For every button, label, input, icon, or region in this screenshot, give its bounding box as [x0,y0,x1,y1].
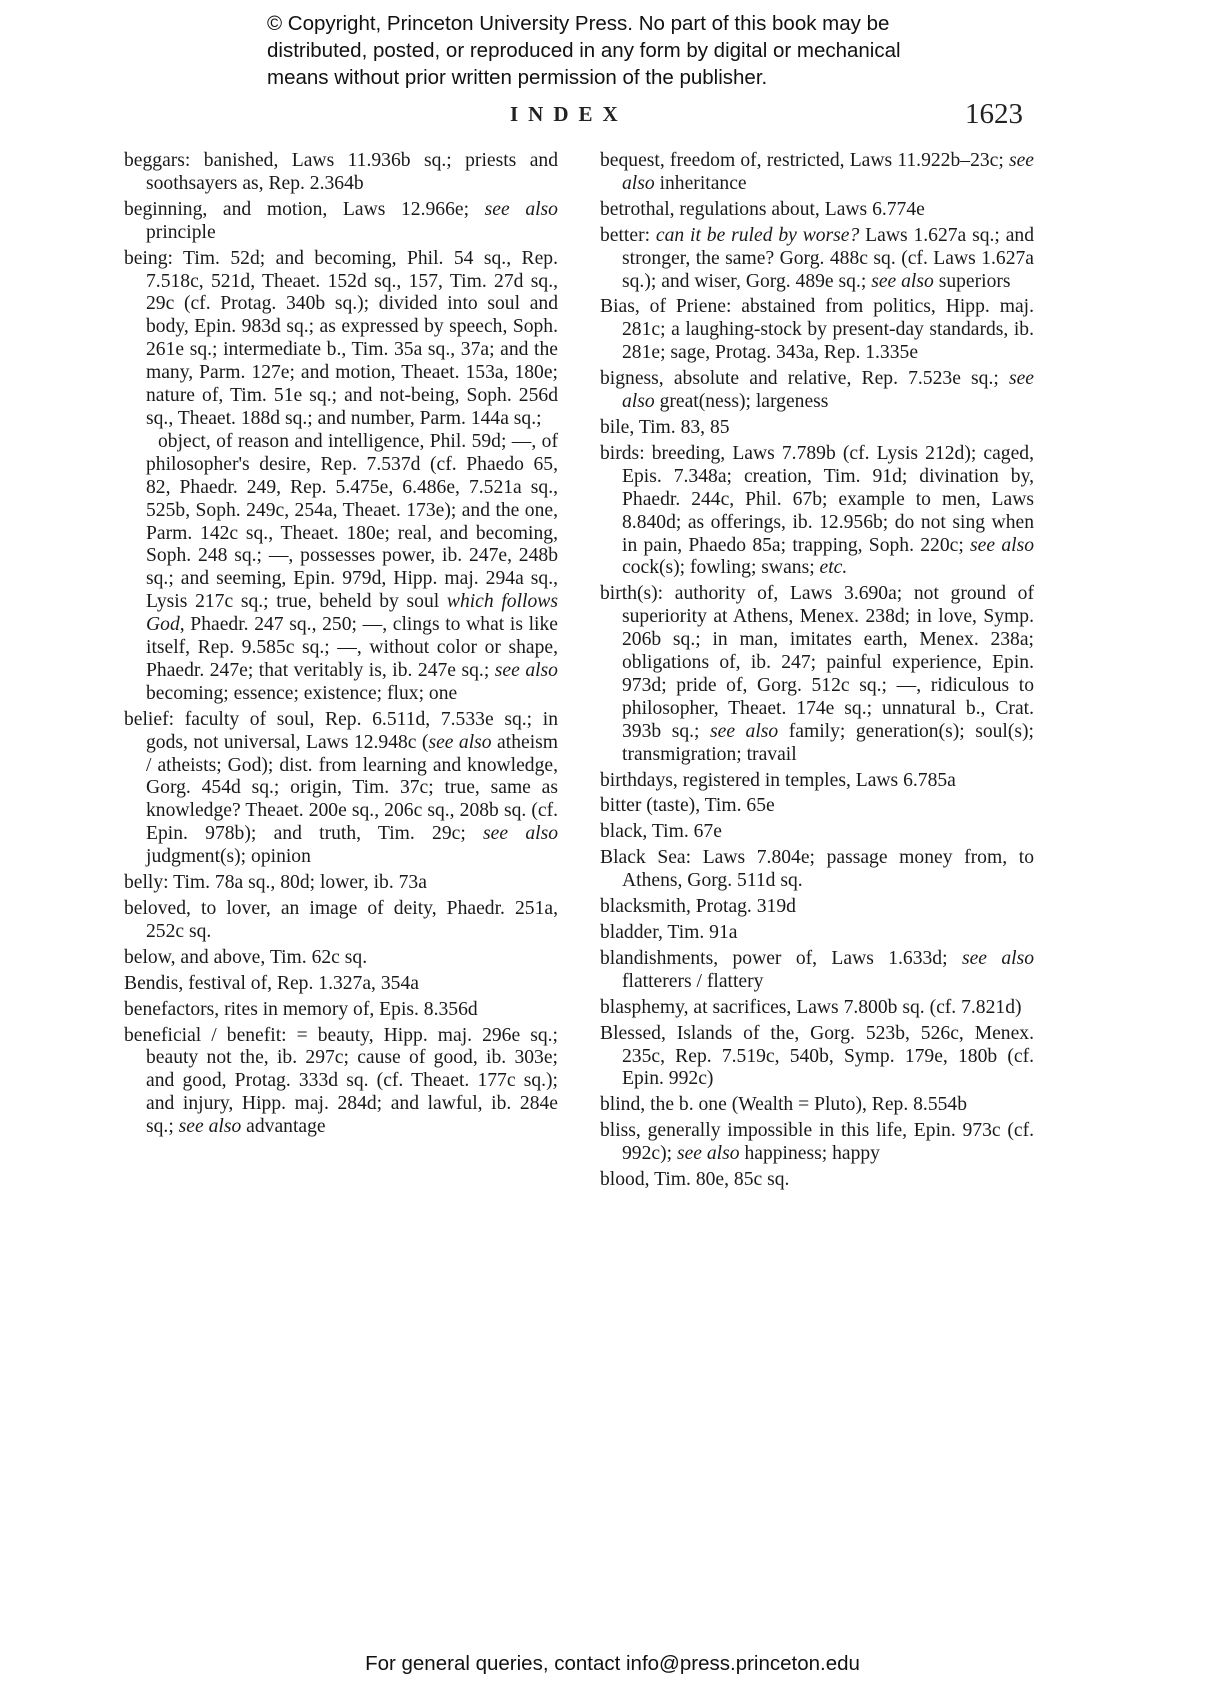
index-column-right: bequest, freedom of, restricted, Laws 11… [600,150,1034,1192]
index-entry: bigness, absolute and relative, Rep. 7.5… [600,368,1034,414]
italic-run: which follows God [146,591,558,635]
italic-run: see also [622,368,1034,412]
index-entry: blood, Tim. 80e, 85c sq. [600,1169,1034,1192]
index-entry: beginning, and motion, Laws 12.966e; see… [124,199,558,245]
page-number: 1623 [965,98,1023,131]
italic-run: see also [710,721,778,742]
index-entry: Bendis, festival of, Rep. 1.327a, 354a [124,973,558,996]
copyright-line: distributed, posted, or reproduced in an… [267,37,987,64]
index-entry: better: can it be ruled by worse? Laws 1… [600,225,1034,294]
index-entry: Bias, of Priene: abstained from politics… [600,296,1034,365]
index-entry: birth(s): authority of, Laws 3.690a; not… [600,583,1034,766]
index-entry: belly: Tim. 78a sq., 80d; lower, ib. 73a [124,872,558,895]
copyright-line: means without prior written permission o… [267,64,987,91]
italic-run: see also [485,199,558,220]
italic-run: see also [970,535,1034,556]
index-entry: birds: breeding, Laws 7.789b (cf. Lysis … [600,443,1034,580]
italic-run: see also [622,150,1034,194]
index-entry: beggars: banished, Laws 11.936b sq.; pri… [124,150,558,196]
index-entry: black, Tim. 67e [600,821,1034,844]
italic-run: see also [428,732,491,753]
running-title: INDEX [510,102,628,127]
index-entry: bequest, freedom of, restricted, Laws 11… [600,150,1034,196]
index-entry: Blessed, Islands of the, Gorg. 523b, 526… [600,1023,1034,1092]
italic-run: can it be ruled by worse? [656,225,859,246]
italic-run: see also [962,948,1034,969]
index-entry: bladder, Tim. 91a [600,922,1034,945]
index-entry: blind, the b. one (Wealth = Pluto), Rep.… [600,1094,1034,1117]
running-head: INDEX 1623 [0,98,1225,128]
italic-run: see also [495,660,558,681]
index-entry: below, and above, Tim. 62c sq. [124,947,558,970]
index-entry: bile, Tim. 83, 85 [600,417,1034,440]
index-entry: benefactors, rites in memory of, Epis. 8… [124,999,558,1022]
index-entry: bliss, generally impossible in this life… [600,1120,1034,1166]
index-entry: blacksmith, Protag. 319d [600,896,1034,919]
italic-run: see also [483,823,558,844]
italic-run: see also [871,271,934,292]
copyright-notice: © Copyright, Princeton University Press.… [267,10,987,91]
copyright-line: © Copyright, Princeton University Press.… [267,10,987,37]
index-entry: blasphemy, at sacrifices, Laws 7.800b sq… [600,997,1034,1020]
index-entry: betrothal, regulations about, Laws 6.774… [600,199,1034,222]
index-column-left: beggars: banished, Laws 11.936b sq.; pri… [124,150,558,1139]
italic-run: see also [179,1116,242,1137]
footer-contact: For general queries, contact info@press.… [0,1652,1225,1676]
index-entry: being: Tim. 52d; and becoming, Phil. 54 … [124,248,558,431]
index-entry: bitter (taste), Tim. 65e [600,795,1034,818]
index-entry: beloved, to lover, an image of deity, Ph… [124,898,558,944]
italic-run: see also [677,1143,740,1164]
index-entry: blandishments, power of, Laws 1.633d; se… [600,948,1034,994]
index-entry: object, of reason and intelligence, Phil… [124,431,558,706]
index-entry: beneficial / benefit: = beauty, Hipp. ma… [124,1025,558,1140]
index-entry: birthdays, registered in temples, Laws 6… [600,770,1034,793]
index-entry: belief: faculty of soul, Rep. 6.511d, 7.… [124,709,558,869]
index-entry: Black Sea: Laws 7.804e; passage money fr… [600,847,1034,893]
italic-run: etc. [820,557,848,578]
